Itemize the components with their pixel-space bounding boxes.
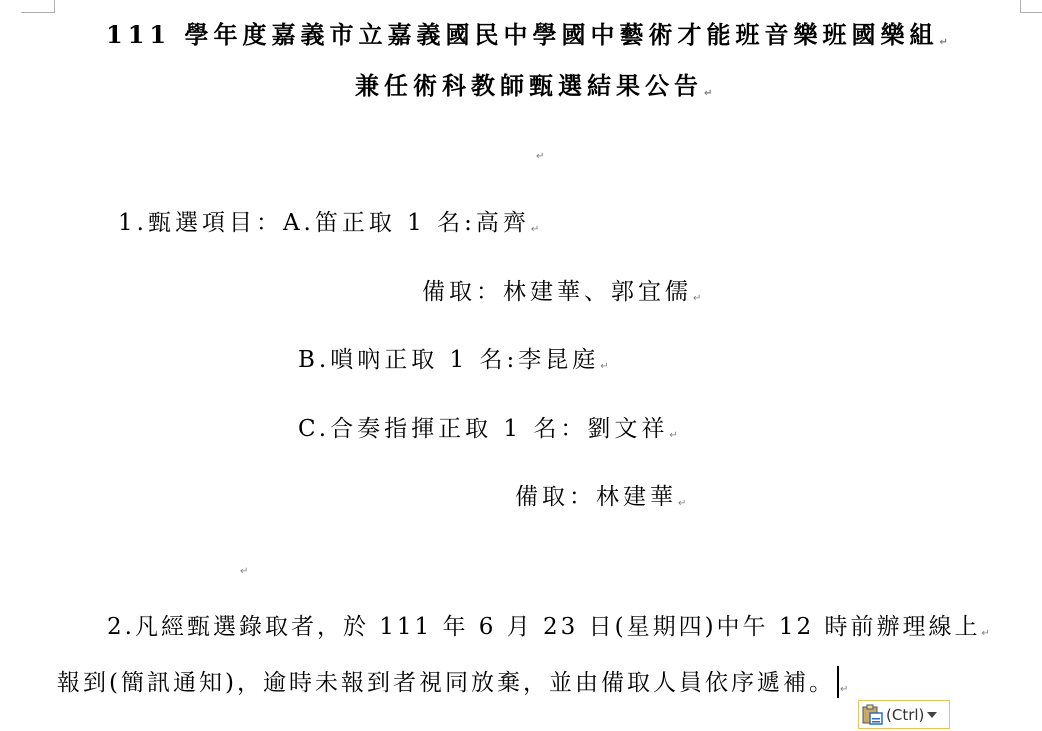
paragraph-mark-icon: ↵ — [531, 215, 539, 245]
paragraph-mark-icon: ↵ — [536, 151, 544, 162]
selection-item-a-alternates: 備取：林建華、郭宜儒↵ — [422, 277, 701, 314]
paragraph-mark-icon: ↵ — [669, 421, 677, 451]
selection-item-b: B.嗩吶正取 1 名:李昆庭↵ — [298, 345, 609, 382]
page-margin-corner-top-right — [1020, 0, 1042, 13]
paste-options-label: (Ctrl) — [886, 706, 924, 724]
registration-notice-line-1: 2.凡經甄選錄取者，於 111 年 6 月 23 日(星期四)中午 12 時前辦… — [107, 612, 990, 649]
paragraph-mark-icon: ↵ — [981, 619, 989, 649]
clipboard-paste-icon — [862, 704, 884, 726]
title-line-2: 兼任術科教師甄選結果公告↵ — [355, 71, 712, 109]
page-margin-corner-top-left — [21, 0, 55, 13]
registration-notice-line-2: 報到(簡訊通知)，逾時未報到者視同放棄，並由備取人員依序遞補。↵ — [57, 666, 848, 705]
paragraph-mark-icon: ↵ — [240, 566, 248, 577]
paragraph-mark-icon: ↵ — [693, 284, 701, 314]
selection-item-a: 1.甄選項目：A.笛正取 1 名:高齊↵ — [118, 208, 539, 245]
text-cursor — [837, 666, 839, 698]
selection-item-c: C.合奏指揮正取 1 名：劉文祥↵ — [298, 414, 678, 451]
paragraph-mark-icon: ↵ — [678, 489, 686, 519]
paragraph-mark-icon: ↵ — [939, 28, 947, 58]
paste-options-button[interactable]: (Ctrl) — [858, 700, 950, 729]
selection-item-c-alternates: 備取：林建華↵ — [515, 482, 686, 519]
title-line-1: 111 學年度嘉義市立嘉義國民中學國中藝術才能班音樂班國樂組↵ — [106, 20, 948, 58]
paragraph-mark-icon: ↵ — [840, 675, 848, 705]
paragraph-mark-icon: ↵ — [704, 79, 712, 109]
paragraph-mark-icon: ↵ — [600, 352, 608, 382]
chevron-down-icon — [927, 712, 937, 718]
